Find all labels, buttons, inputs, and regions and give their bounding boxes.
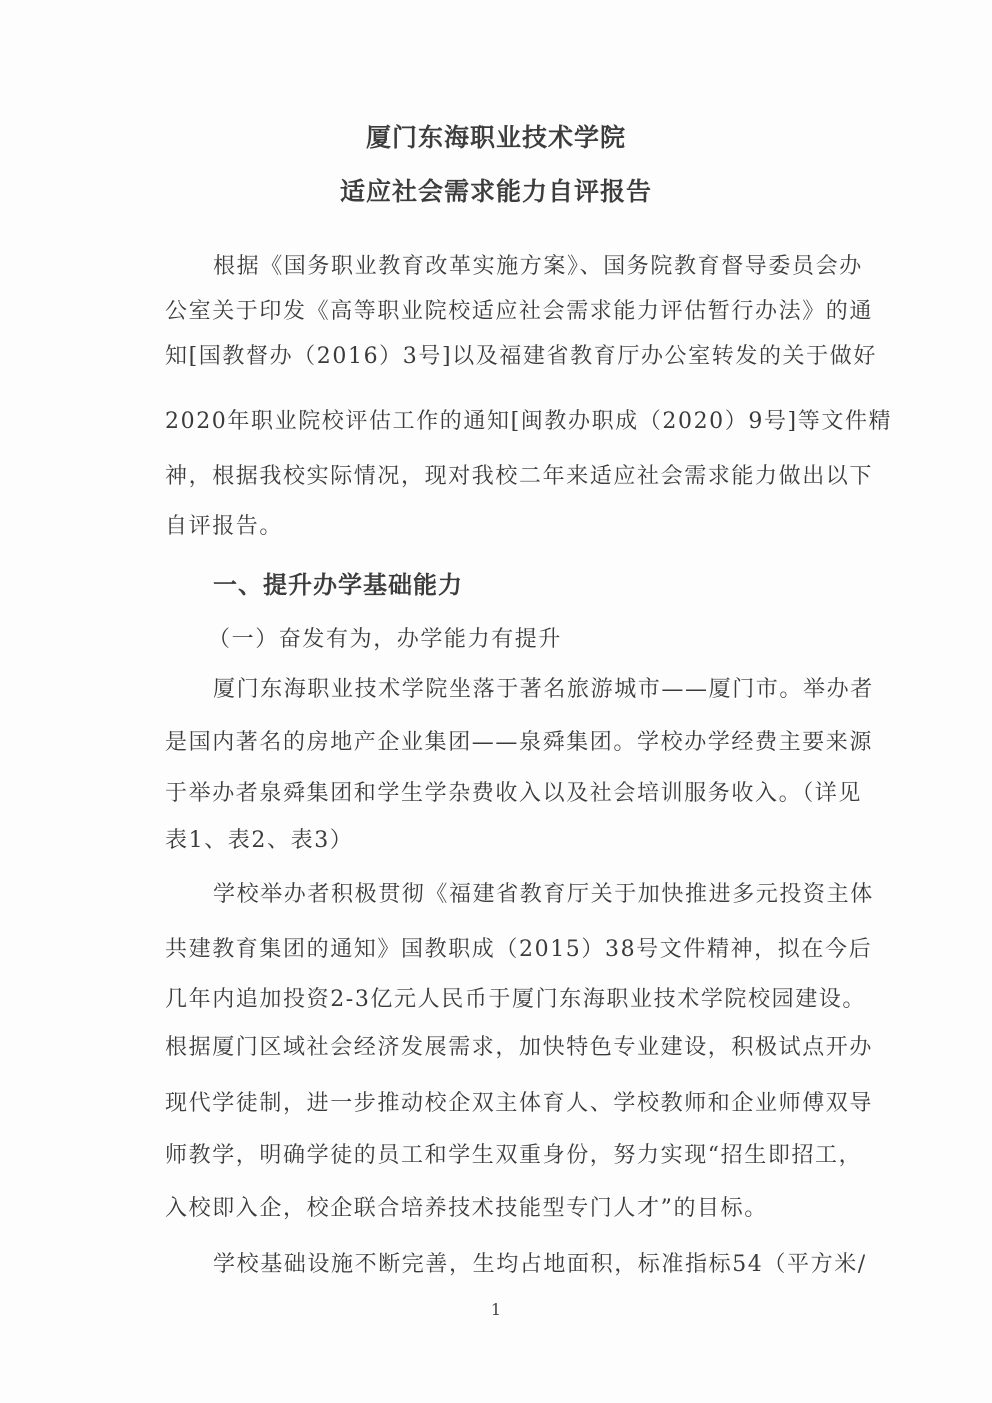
intro-line: 神，根据我校实际情况，现对我校二年来适应社会需求能力做出以下	[165, 462, 855, 492]
intro-line: 自评报告。	[165, 512, 855, 542]
page-number: 1	[0, 1300, 992, 1319]
intro-line: 知[国教督办（2016）3号]以及福建省教育厅办公室转发的关于做好	[165, 342, 855, 372]
paragraph-line: 共建教育集团的通知》国教职成（2015）38号文件精神，拟在今后	[165, 935, 855, 965]
paragraph-line: 学校举办者积极贯彻《福建省教育厅关于加快推进多元投资主体	[213, 880, 855, 910]
document-title-institution: 厦门东海职业技术学院	[0, 118, 992, 154]
paragraph-line: 厦门东海职业技术学院坐落于著名旅游城市——厦门市。举办者	[213, 675, 855, 705]
paragraph-line: 是国内著名的房地产企业集团——泉舜集团。学校办学经费主要来源	[165, 728, 855, 758]
paragraph-line: 于举办者泉舜集团和学生学杂费收入以及社会培训服务收入。（详见	[165, 779, 855, 809]
paragraph-line: 师教学，明确学徒的员工和学生双重身份，努力实现“招生即招工，	[165, 1141, 855, 1171]
document-title-report: 适应社会需求能力自评报告	[0, 172, 992, 208]
intro-line: 公室关于印发《高等职业院校适应社会需求能力评估暂行办法》的通	[165, 297, 855, 327]
section-heading: 一、提升办学基础能力	[213, 565, 463, 600]
paragraph-line: 根据厦门区域社会经济发展需求，加快特色专业建设，积极试点开办	[165, 1033, 855, 1063]
document-page: 厦门东海职业技术学院 适应社会需求能力自评报告 根据《国务职业教育改革实施方案》…	[0, 0, 992, 1403]
subsection-heading: （一）奋发有为，办学能力有提升	[208, 622, 562, 653]
paragraph-line: 学校基础设施不断完善，生均占地面积，标准指标54（平方米/	[213, 1250, 855, 1280]
intro-line: 根据《国务职业教育改革实施方案》、国务院教育督导委员会办	[213, 252, 855, 282]
intro-line: 2020年职业院校评估工作的通知[闽教办职成（2020）9号]等文件精	[165, 407, 855, 437]
paragraph-line: 现代学徒制，进一步推动校企双主体育人、学校教师和企业师傅双导	[165, 1089, 855, 1119]
paragraph-line: 入校即入企，校企联合培养技术技能型专门人才”的目标。	[165, 1194, 855, 1224]
paragraph-line: 表1、表2、表3）	[165, 826, 855, 856]
paragraph-line: 几年内追加投资2-3亿元人民币于厦门东海职业技术学院校园建设。	[165, 985, 855, 1015]
